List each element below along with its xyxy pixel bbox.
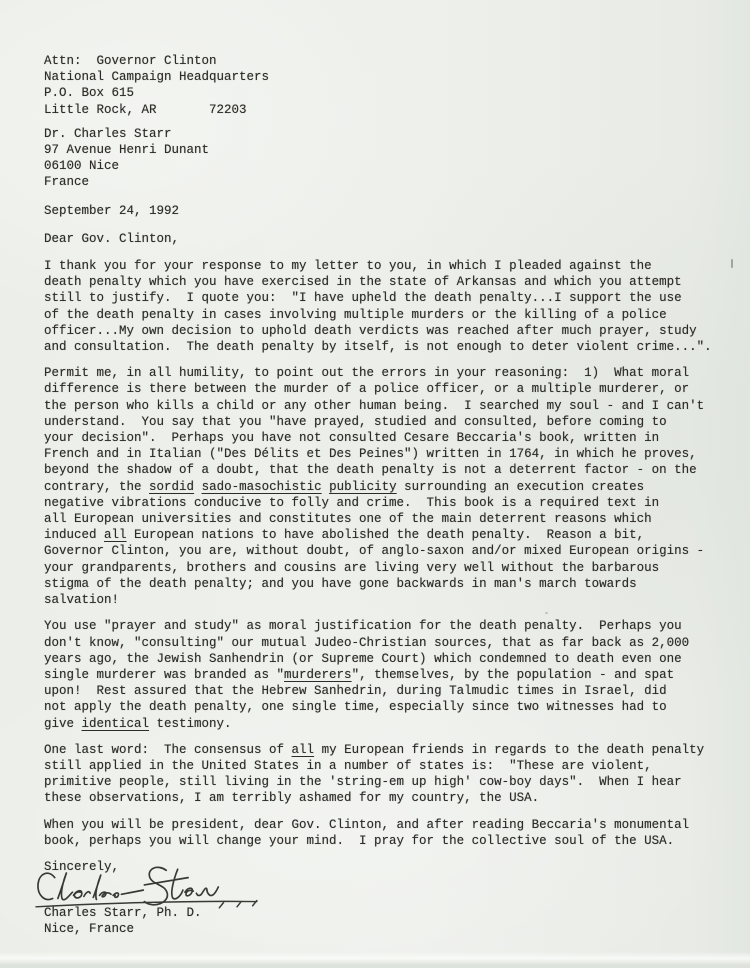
body-line: salvation! bbox=[44, 592, 730, 608]
body-line: don't know, "consulting" our mutual Jude… bbox=[44, 635, 730, 651]
recipient-address-line: Attn: Governor Clinton bbox=[44, 53, 730, 69]
body-line: all European universities and constitute… bbox=[44, 511, 730, 527]
underlined-text: murderers bbox=[284, 668, 352, 682]
sender-address: Dr. Charles Starr 97 Avenue Henri Dunant… bbox=[44, 126, 730, 191]
recipient-address-line: P.O. Box 615 bbox=[44, 85, 730, 101]
underlined-text: publicity bbox=[329, 480, 397, 494]
date-block: September 24, 1992 bbox=[44, 203, 730, 219]
recipient-address-line: National Campaign Headquarters bbox=[44, 69, 730, 85]
body-line: I thank you for your response to my lett… bbox=[44, 258, 730, 274]
body-line: book, perhaps you will change your mind.… bbox=[44, 833, 730, 849]
paragraph: Permit me, in all humility, to point out… bbox=[44, 365, 730, 608]
body-line: still applied in the United States in a … bbox=[44, 758, 730, 774]
body-line: these observations, I am terribly ashame… bbox=[44, 790, 730, 806]
salutation-block: Dear Gov. Clinton, bbox=[44, 231, 730, 247]
body-line: French and in Italian ("Des Délits et De… bbox=[44, 446, 730, 462]
body-line: upon! Rest assured that the Hebrew Sanhe… bbox=[44, 683, 730, 699]
signature-area bbox=[44, 875, 730, 905]
sender-address-line: 06100 Nice bbox=[44, 158, 730, 174]
signature-last-name-stroke bbox=[144, 867, 218, 904]
sender-address-line: France bbox=[44, 174, 730, 190]
body-line: When you will be president, dear Gov. Cl… bbox=[44, 817, 730, 833]
recipient-address: Attn: Governor Clinton National Campaign… bbox=[44, 53, 730, 118]
paragraph: You use "prayer and study" as moral just… bbox=[44, 618, 730, 731]
body-line: your decision". Perhaps you have not con… bbox=[44, 430, 730, 446]
body-line: stigma of the death penalty; and you hav… bbox=[44, 576, 730, 592]
body-line: death penalty which you have exercised i… bbox=[44, 274, 730, 290]
body-line: One last word: The consensus of all my E… bbox=[44, 742, 730, 758]
paper-speck bbox=[731, 259, 733, 268]
paragraph: When you will be president, dear Gov. Cl… bbox=[44, 817, 730, 849]
body-line: You use "prayer and study" as moral just… bbox=[44, 618, 730, 634]
signature-handwriting bbox=[36, 859, 286, 915]
body-line: primitive people, still living in the 's… bbox=[44, 774, 730, 790]
body-line: years ago, the Jewish Sanhendrin (or Sup… bbox=[44, 651, 730, 667]
body-line: Governor Clinton, you are, without doubt… bbox=[44, 543, 730, 559]
underlined-text: all bbox=[104, 528, 127, 542]
body-line: understand. You say that you "have praye… bbox=[44, 414, 730, 430]
underlined-text: sordid bbox=[149, 480, 194, 494]
paragraph: I thank you for your response to my lett… bbox=[44, 258, 730, 355]
paper-speck bbox=[545, 612, 548, 614]
recipient-address-line: Little Rock, AR 72203 bbox=[44, 102, 730, 118]
closing-block: Sincerely, Charles Starr, Ph. D. Nice, F… bbox=[44, 859, 730, 938]
body-line: not apply the death penalty, one single … bbox=[44, 699, 730, 715]
underlined-text: identical bbox=[82, 717, 150, 731]
sender-address-line: Dr. Charles Starr bbox=[44, 126, 730, 142]
body-line: the person who kills a child or any othe… bbox=[44, 398, 730, 414]
body-line: negative vibrations conducive to folly a… bbox=[44, 495, 730, 511]
body-line: still to justify. I quote you: "I have u… bbox=[44, 290, 730, 306]
body-line: beyond the shadow of a doubt, that the d… bbox=[44, 462, 730, 478]
sender-location: Nice, France bbox=[44, 921, 730, 937]
paragraph: One last word: The consensus of all my E… bbox=[44, 742, 730, 807]
body-line: induced all European nations to have abo… bbox=[44, 527, 730, 543]
body-line: contrary, the sordid sado-masochistic pu… bbox=[44, 479, 730, 495]
body-line: give identical testimony. bbox=[44, 716, 730, 732]
underlined-text: sado-masochistic bbox=[202, 480, 322, 494]
signature-first-name-stroke bbox=[38, 873, 143, 900]
letter-body: I thank you for your response to my lett… bbox=[44, 258, 730, 849]
date-line: September 24, 1992 bbox=[44, 203, 730, 219]
body-line: and consultation. The death penalty by i… bbox=[44, 339, 730, 355]
salutation: Dear Gov. Clinton, bbox=[44, 231, 730, 247]
body-line: single murderer was branded as "murderer… bbox=[44, 667, 730, 683]
underlined-text: all bbox=[292, 743, 315, 757]
letter-page: Attn: Governor Clinton National Campaign… bbox=[0, 0, 750, 968]
signature-underline-stroke bbox=[36, 901, 257, 908]
body-line: your grandparents, brothers and cousins … bbox=[44, 560, 730, 576]
body-line: Permit me, in all humility, to point out… bbox=[44, 365, 730, 381]
body-line: of the death penalty in cases involving … bbox=[44, 307, 730, 323]
body-line: officer...My own decision to uphold deat… bbox=[44, 323, 730, 339]
sender-address-line: 97 Avenue Henri Dunant bbox=[44, 142, 730, 158]
body-line: difference is there between the murder o… bbox=[44, 381, 730, 397]
